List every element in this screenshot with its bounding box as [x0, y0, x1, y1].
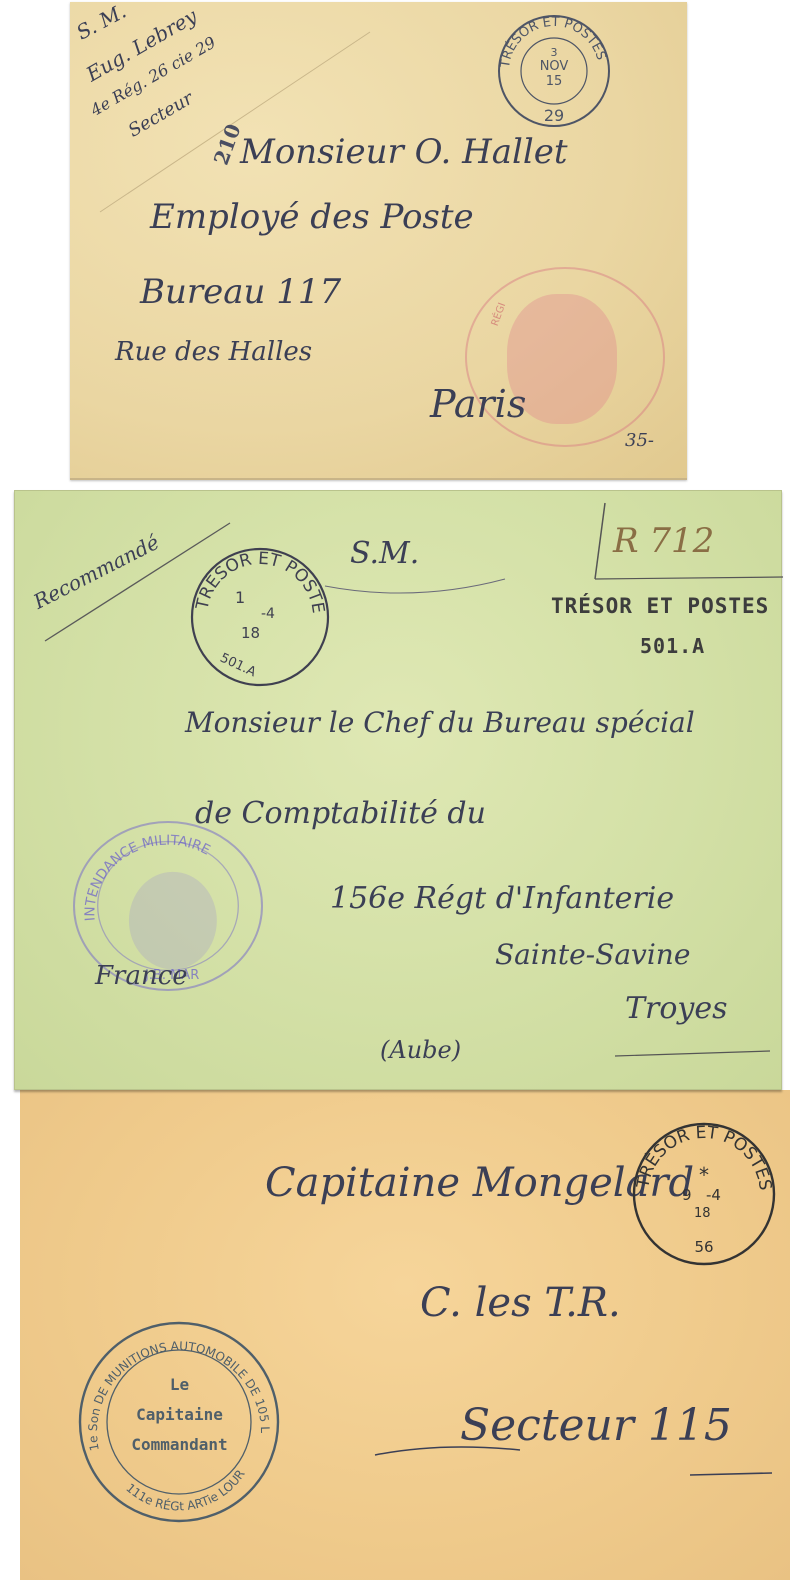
- unit-commander-seal: 1e Son DE MUNITIONS AUTOMOBILE DE 105 L.…: [77, 1320, 282, 1525]
- address-line: Paris: [430, 382, 526, 426]
- troyes-underline: [15, 491, 781, 1089]
- address-line: Rue des Halles: [115, 337, 312, 367]
- address-line: Bureau 117: [140, 272, 341, 312]
- postmark-month: -4: [706, 1186, 721, 1204]
- envelope-3-1918: Capitaine Mongelard C. les T.R. Secteur …: [20, 1090, 790, 1580]
- envelope-2-1918-registered: Recommandé S.M. R 712 TRÉSOR ET POSTES 5…: [14, 490, 782, 1090]
- postmark-sector: 29: [495, 106, 613, 125]
- price-note: 35-: [625, 430, 654, 451]
- seal-center-line: Capitaine: [77, 1405, 282, 1424]
- envelope-1-1915: S. M. Eug. Lebrey 4e Rég. 26 cie 29 Sect…: [70, 2, 687, 480]
- postmark-day: 9: [682, 1186, 692, 1204]
- seal-center-line: Commandant: [77, 1435, 282, 1454]
- postmark-year: 18: [694, 1206, 711, 1221]
- postmark-tresor-et-postes: TRÉSOR ET POSTES * 9 -4 18 56: [630, 1120, 778, 1268]
- postmark-tresor-et-postes: TRÉSOR ET POSTES 3 NOV 15 29: [495, 12, 613, 130]
- svg-text:*: *: [699, 1163, 709, 1187]
- seal-center-line: Le: [77, 1375, 282, 1394]
- postmark-sector: 56: [630, 1238, 778, 1256]
- postmark-day: 3: [495, 46, 613, 59]
- address-line: Monsieur O. Hallet: [240, 132, 568, 172]
- address-line: Employé des Poste: [150, 197, 474, 237]
- postmark-month: NOV: [495, 59, 613, 74]
- postmark-year: 15: [495, 74, 613, 89]
- red-seal-text: RÉGI: [490, 301, 509, 327]
